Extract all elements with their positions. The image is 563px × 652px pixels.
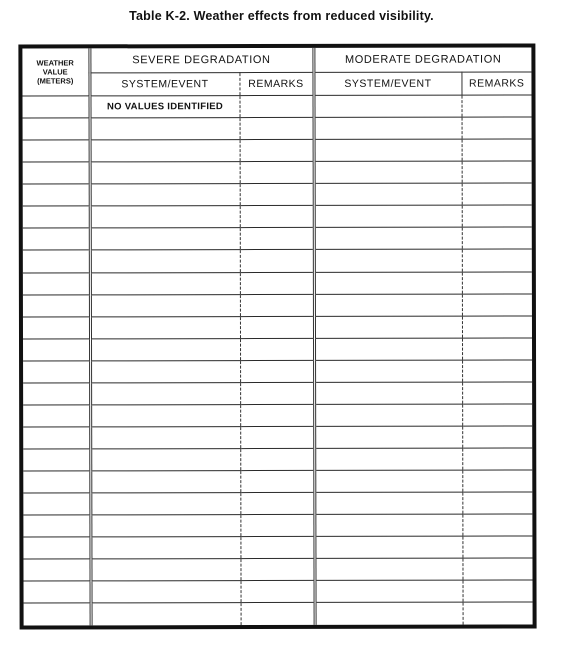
weather-value-cell bbox=[23, 427, 90, 449]
severe-remarks-cell bbox=[240, 206, 314, 228]
weather-value-cell bbox=[24, 603, 91, 625]
weather-value-cell bbox=[23, 339, 90, 361]
table-row bbox=[23, 360, 532, 383]
weather-value-cell bbox=[23, 471, 90, 493]
moderate-remarks-cell bbox=[462, 492, 532, 514]
table-row bbox=[23, 558, 532, 581]
severe-system-event-cell bbox=[90, 140, 240, 162]
moderate-remarks-cell bbox=[462, 382, 532, 404]
severe-system-event-cell bbox=[90, 471, 240, 493]
moderate-system-event-cell bbox=[315, 603, 463, 625]
table-row bbox=[23, 338, 532, 361]
severe-system-event-cell bbox=[90, 228, 240, 250]
moderate-system-event-cell bbox=[314, 448, 462, 470]
sub-header-row: SYSTEM/EVENT REMARKS SYSTEM/EVENT REMARK… bbox=[22, 72, 531, 96]
weather-effects-table: WEATHER VALUE (METERS) SEVERE DEGRADATIO… bbox=[22, 47, 532, 625]
moderate-system-event-cell bbox=[314, 338, 462, 360]
severe-system-event-cell bbox=[90, 118, 240, 140]
table-row bbox=[23, 514, 532, 537]
severe-remarks-cell bbox=[240, 338, 314, 360]
weather-value-cell bbox=[23, 206, 90, 228]
severe-remarks-cell bbox=[240, 316, 314, 338]
table-header: WEATHER VALUE (METERS) SEVERE DEGRADATIO… bbox=[22, 47, 531, 96]
severe-system-event-cell bbox=[90, 493, 240, 515]
weather-value-cell bbox=[23, 317, 90, 339]
moderate-remarks-cell bbox=[462, 271, 532, 293]
table-row bbox=[24, 580, 533, 603]
table-row bbox=[23, 183, 532, 206]
moderate-system-event-cell bbox=[314, 205, 462, 227]
severe-remarks-cell bbox=[241, 603, 315, 625]
severe-remarks-cell bbox=[240, 117, 314, 139]
table-row bbox=[23, 271, 532, 294]
weather-value-cell bbox=[23, 537, 90, 559]
moderate-remarks-cell bbox=[462, 183, 532, 205]
moderate-remarks-cell bbox=[462, 139, 532, 161]
severe-remarks-cell bbox=[240, 140, 314, 162]
moderate-system-event-cell bbox=[314, 426, 462, 448]
moderate-remarks-cell bbox=[462, 117, 532, 139]
severe-remarks-cell bbox=[240, 360, 314, 382]
moderate-remarks-cell bbox=[462, 470, 532, 492]
weather-effects-table-frame: WEATHER VALUE (METERS) SEVERE DEGRADATIO… bbox=[18, 43, 536, 629]
table-row bbox=[23, 404, 532, 427]
weather-value-cell bbox=[23, 184, 90, 206]
moderate-system-event-cell bbox=[314, 294, 462, 316]
weather-header-line-1: WEATHER bbox=[36, 58, 73, 67]
moderate-remarks-cell bbox=[462, 316, 532, 338]
severe-system-event-cell bbox=[90, 272, 240, 294]
moderate-system-event-cell bbox=[313, 95, 461, 117]
severe-remarks-cell bbox=[240, 162, 314, 184]
moderate-remarks-cell bbox=[462, 426, 532, 448]
severe-system-event-cell bbox=[90, 206, 240, 228]
severe-system-event-cell bbox=[90, 449, 240, 471]
moderate-system-event-cell bbox=[314, 558, 462, 580]
severe-remarks-cell bbox=[240, 448, 314, 470]
severe-remarks-cell bbox=[240, 228, 314, 250]
moderate-system-event-cell bbox=[314, 470, 462, 492]
severe-remarks-cell bbox=[240, 272, 314, 294]
moderate-remarks-cell bbox=[462, 558, 532, 580]
moderate-system-event-cell bbox=[314, 272, 462, 294]
weather-value-cell bbox=[22, 96, 89, 118]
weather-value-cell bbox=[23, 515, 90, 537]
moderate-system-event-cell bbox=[314, 382, 462, 404]
weather-value-cell bbox=[23, 250, 90, 272]
moderate-system-event-cell bbox=[314, 227, 462, 249]
moderate-system-event-header: SYSTEM/EVENT bbox=[313, 72, 461, 95]
moderate-remarks-cell bbox=[461, 95, 531, 117]
weather-value-cell bbox=[23, 493, 90, 515]
moderate-remarks-header: REMARKS bbox=[461, 72, 531, 95]
weather-value-header: WEATHER VALUE (METERS) bbox=[22, 48, 89, 96]
weather-value-cell bbox=[23, 361, 90, 383]
severe-remarks-cell bbox=[240, 470, 314, 492]
table-row bbox=[23, 448, 532, 471]
moderate-remarks-cell bbox=[462, 205, 532, 227]
moderate-system-event-cell bbox=[314, 161, 462, 183]
table-row bbox=[24, 602, 533, 625]
table-row bbox=[23, 249, 532, 272]
table-row bbox=[23, 117, 532, 140]
severe-remarks-cell bbox=[240, 493, 314, 515]
moderate-system-event-cell bbox=[314, 139, 462, 161]
weather-value-cell bbox=[23, 559, 90, 581]
severe-remarks-cell bbox=[240, 515, 314, 537]
moderate-remarks-cell bbox=[462, 404, 532, 426]
weather-value-cell bbox=[23, 140, 90, 162]
moderate-remarks-cell bbox=[462, 249, 532, 271]
weather-value-cell bbox=[23, 272, 90, 294]
weather-header-line-3: (METERS) bbox=[37, 76, 73, 85]
severe-remarks-cell bbox=[241, 581, 315, 603]
moderate-remarks-cell bbox=[463, 580, 533, 602]
table-row bbox=[23, 426, 532, 449]
severe-remarks-cell bbox=[240, 382, 314, 404]
moderate-remarks-cell bbox=[462, 161, 532, 183]
moderate-system-event-cell bbox=[315, 580, 463, 602]
severe-remarks-cell bbox=[240, 184, 314, 206]
moderate-remarks-cell bbox=[462, 338, 532, 360]
table-row bbox=[23, 139, 532, 162]
moderate-system-event-cell bbox=[314, 250, 462, 272]
weather-value-cell bbox=[23, 162, 90, 184]
table-row bbox=[23, 161, 532, 184]
moderate-system-event-cell bbox=[314, 360, 462, 382]
severe-remarks-cell bbox=[239, 95, 313, 117]
severe-system-event-cell bbox=[90, 427, 240, 449]
moderate-remarks-cell bbox=[462, 360, 532, 382]
weather-value-cell bbox=[23, 405, 90, 427]
weather-value-cell bbox=[23, 294, 90, 316]
severe-remarks-header: REMARKS bbox=[239, 72, 313, 95]
severe-system-event-cell bbox=[90, 537, 240, 559]
table-body: NO VALUES IDENTIFIED bbox=[22, 95, 532, 626]
weather-value-cell bbox=[24, 581, 91, 603]
severe-remarks-cell bbox=[240, 250, 314, 272]
moderate-degradation-header: MODERATE DEGRADATION bbox=[313, 47, 531, 72]
severe-system-event-cell bbox=[90, 184, 240, 206]
severe-system-event-header: SYSTEM/EVENT bbox=[89, 73, 239, 96]
table-row bbox=[23, 294, 532, 317]
moderate-system-event-cell bbox=[314, 316, 462, 338]
table-row: NO VALUES IDENTIFIED bbox=[22, 95, 531, 118]
severe-system-event-cell bbox=[90, 250, 240, 272]
weather-value-cell bbox=[23, 228, 90, 250]
severe-system-event-cell bbox=[90, 294, 240, 316]
severe-system-event-cell bbox=[90, 404, 240, 426]
severe-system-event-cell bbox=[90, 515, 240, 537]
weather-header-line-2: VALUE bbox=[43, 67, 68, 76]
moderate-system-event-cell bbox=[314, 404, 462, 426]
table-row bbox=[23, 536, 532, 559]
severe-system-event-cell bbox=[90, 382, 240, 404]
moderate-remarks-cell bbox=[462, 514, 532, 536]
weather-value-cell bbox=[23, 449, 90, 471]
moderate-system-event-cell bbox=[314, 536, 462, 558]
severe-system-event-cell bbox=[90, 360, 240, 382]
severe-remarks-cell bbox=[240, 426, 314, 448]
severe-remarks-cell bbox=[240, 559, 314, 581]
moderate-remarks-cell bbox=[462, 227, 532, 249]
table-row bbox=[23, 492, 532, 515]
table-row bbox=[23, 382, 532, 405]
severe-degradation-header: SEVERE DEGRADATION bbox=[89, 48, 313, 73]
moderate-system-event-cell bbox=[314, 117, 462, 139]
moderate-remarks-cell bbox=[462, 536, 532, 558]
table-row bbox=[23, 316, 532, 339]
severe-system-event-cell: NO VALUES IDENTIFIED bbox=[89, 96, 239, 118]
severe-remarks-cell bbox=[240, 404, 314, 426]
severe-remarks-cell bbox=[240, 294, 314, 316]
severe-system-event-cell bbox=[90, 559, 240, 581]
table-row bbox=[23, 470, 532, 493]
table-caption: Table K-2. Weather effects from reduced … bbox=[0, 9, 563, 23]
severe-system-event-cell bbox=[90, 162, 240, 184]
weather-value-cell bbox=[23, 383, 90, 405]
severe-system-event-cell bbox=[90, 338, 240, 360]
moderate-remarks-cell bbox=[462, 294, 532, 316]
moderate-system-event-cell bbox=[314, 492, 462, 514]
moderate-remarks-cell bbox=[463, 602, 533, 624]
moderate-system-event-cell bbox=[314, 514, 462, 536]
moderate-remarks-cell bbox=[462, 448, 532, 470]
severe-system-event-cell bbox=[90, 316, 240, 338]
moderate-system-event-cell bbox=[314, 183, 462, 205]
severe-system-event-cell bbox=[91, 603, 241, 625]
group-header-row: WEATHER VALUE (METERS) SEVERE DEGRADATIO… bbox=[22, 47, 531, 73]
severe-system-event-cell bbox=[91, 581, 241, 603]
severe-remarks-cell bbox=[240, 537, 314, 559]
table-row bbox=[23, 227, 532, 250]
weather-value-cell bbox=[23, 118, 90, 140]
table-row bbox=[23, 205, 532, 228]
